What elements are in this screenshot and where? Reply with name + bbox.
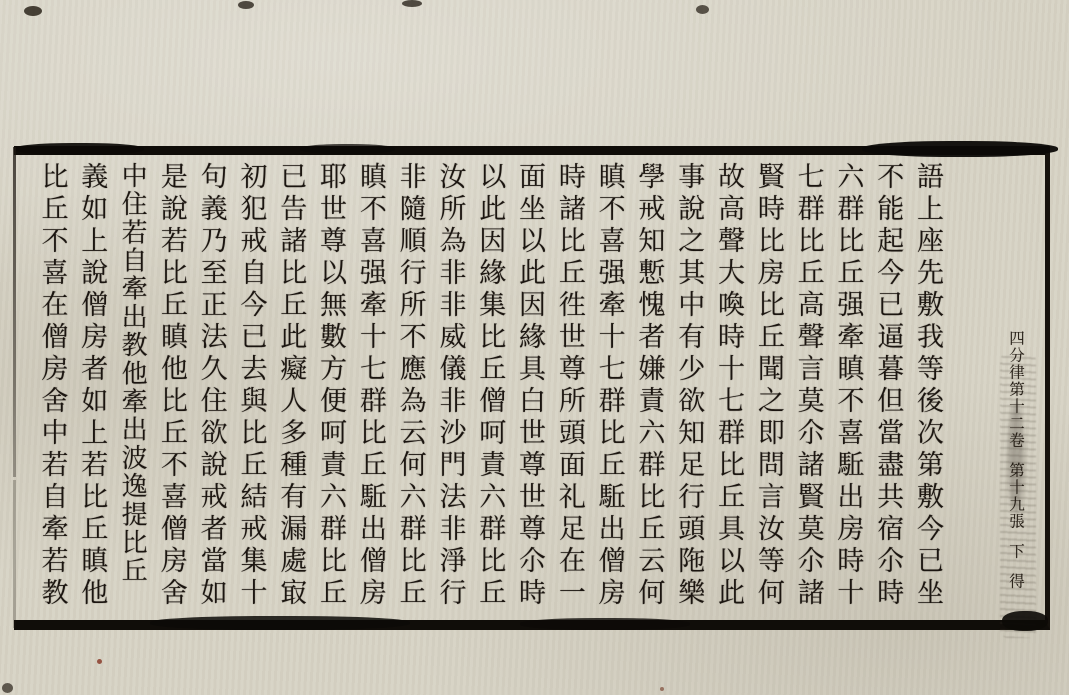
paper-speck (696, 5, 709, 14)
border-ink-blob (14, 143, 144, 155)
border-ink-blob (150, 616, 410, 630)
text-column-14: 非隨順行所不應為云何六群比丘 (390, 162, 430, 620)
scanned-sutra-page: 四分律第十二卷 第十九張 下 得 語上座先敷我等後次第敷今已坐不能起今已逼暮但當… (0, 0, 1069, 695)
margin-note-sheet-number: 第十九張 (1005, 462, 1027, 530)
paper-speck (402, 0, 422, 7)
red-ink-speck (660, 687, 664, 691)
text-column-6: 故高聲大喚時十七群比丘具以此 (708, 162, 748, 620)
text-column-3: 六群比丘强牽瞋不喜駈出房時十 (828, 162, 868, 620)
text-column-8: 學戒知慙愧者嫌責六群比丘云何 (629, 162, 669, 620)
text-column-9: 瞋不喜强牽十七群比丘駈出僧房 (589, 162, 629, 620)
text-column-4: 七群比丘高聲言莫尒諸賢莫尒諸 (788, 162, 828, 620)
text-column-13: 汝所為非非威儀非沙門法非淨行 (430, 162, 470, 620)
margin-note-engraver-mark: 得 (1005, 573, 1027, 590)
text-column-16: 耶世尊以無數方便呵責六群比丘 (310, 162, 350, 620)
text-column-15: 瞋不喜强牽十七群比丘駈出僧房 (350, 162, 390, 620)
text-column-21: 中住若自牽出教他牽出波逸提比丘 (111, 162, 151, 620)
text-column-12: 以此因緣集比丘僧呵責六群比丘 (469, 162, 509, 620)
text-column-7: 事說之其中有少欲知足行頭陁樂 (668, 162, 708, 620)
border-ink-blob (862, 141, 1058, 157)
border-ink-blob (1002, 611, 1048, 631)
paper-speck (238, 1, 254, 9)
text-column-10: 時諸比丘徃世尊所頭面礼足在一 (549, 162, 589, 620)
text-column-19: 句義乃至正法久住欲說戒者當如 (191, 162, 231, 620)
left-frame-line (13, 147, 16, 477)
text-column-1: 語上座先敷我等後次第敷今已坐 (907, 162, 947, 620)
text-column-23: 比丘不喜在僧房舍中若自牽若教 (32, 162, 72, 620)
paper-speck (24, 6, 42, 16)
text-block-frame: 四分律第十二卷 第十九張 下 得 語上座先敷我等後次第敷今已坐不能起今已逼暮但當… (14, 146, 1050, 630)
red-ink-speck (97, 659, 102, 664)
text-column-18: 初犯戒自今已去與比丘結戒集十 (231, 162, 271, 620)
text-column-22: 義如上說僧房者如上若比丘瞋他 (71, 162, 111, 620)
margin-note-part-label: 下 (1005, 543, 1027, 560)
text-column-20: 是說若比丘瞋他比丘不喜僧房舍 (151, 162, 191, 620)
margin-note-title: 四分律第十二卷 (1005, 330, 1027, 449)
text-columns: 四分律第十二卷 第十九張 下 得 語上座先敷我等後次第敷今已坐不能起今已逼暮但當… (14, 155, 1045, 620)
text-column-11: 面坐以此因緣具白世尊世尊尒時 (509, 162, 549, 620)
border-ink-blob (300, 144, 395, 154)
left-frame-line-faint (13, 480, 16, 628)
text-column-5: 賢時比房比丘聞之即問言汝等何 (748, 162, 788, 620)
margin-note-column: 四分律第十二卷 第十九張 下 得 (947, 162, 1045, 620)
text-column-17: 已告諸比丘此癡人多種有漏處㝡 (270, 162, 310, 620)
text-column-2: 不能起今已逼暮但當盡共宿尒時 (867, 162, 907, 620)
border-ink-blob (520, 618, 690, 630)
paper-speck (2, 683, 13, 693)
